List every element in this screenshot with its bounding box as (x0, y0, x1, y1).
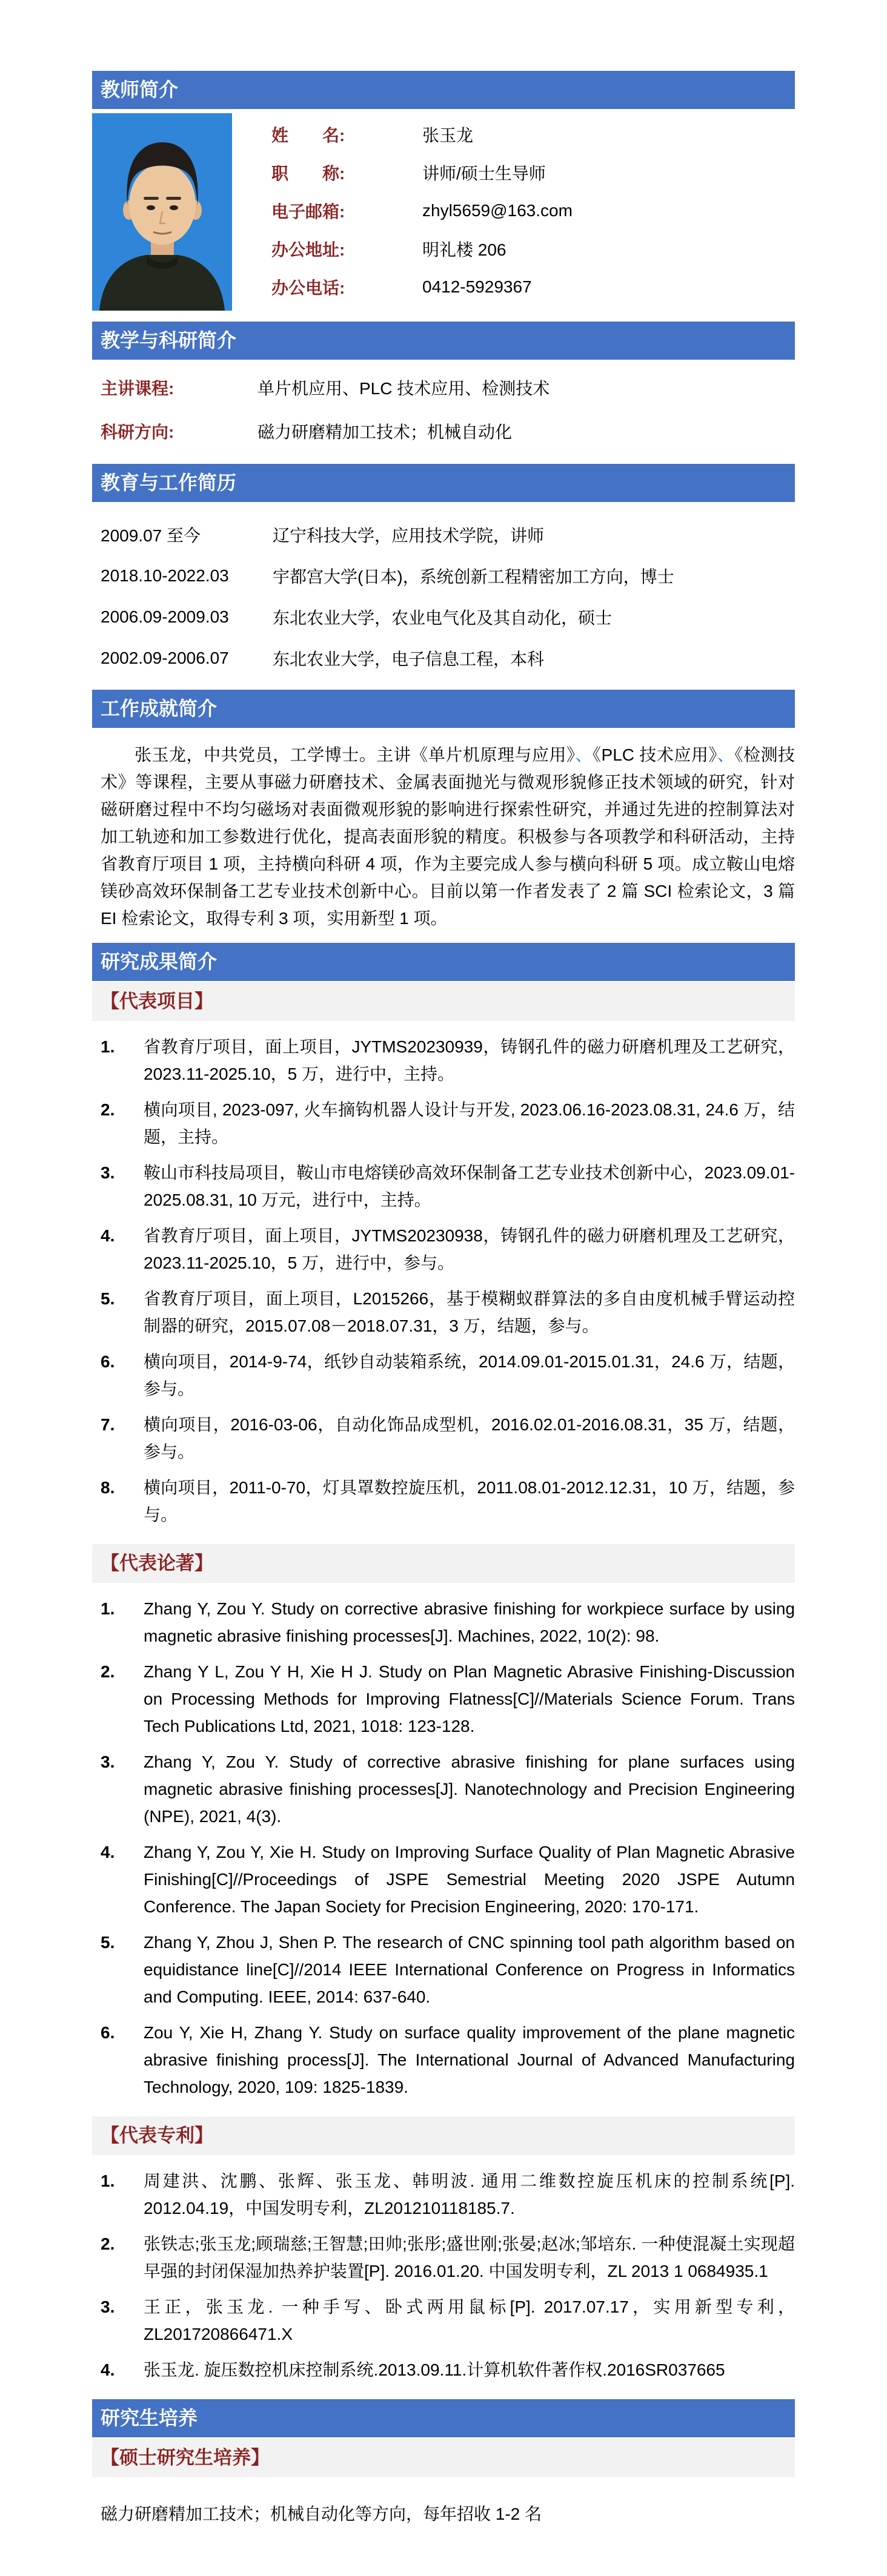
section-banner-teacher-profile: 教师简介 (92, 71, 795, 109)
teacher-photo (92, 113, 232, 311)
subheader-representative-patents: 【代表专利】 (92, 2116, 795, 2155)
project-item-number: 3. (101, 1159, 144, 1214)
publication-item: 5.Zhang Y, Zhou J, Shen P. The research … (92, 1929, 795, 2010)
publication-item: 4.Zhang Y, Zou Y, Xie H. Study on Improv… (92, 1838, 795, 1920)
subheader-representative-publications: 【代表论著】 (92, 1544, 795, 1583)
patent-item-text: 王正，张玉龙. 一种手写、卧式两用鼠标[P]. 2017.07.17，实用新型专… (144, 2293, 795, 2348)
project-item: 7.横向项目，2016-03-06，自动化饰品成型机，2016.02.01-20… (92, 1411, 795, 1465)
teaching-field-value: 磁力研磨精加工技术；机械自动化 (257, 419, 512, 443)
project-item: 8.横向项目，2011-0-70，灯具罩数控旋压机，2011.08.01-201… (92, 1474, 795, 1528)
section-banner-research-results: 研究成果简介 (92, 943, 795, 981)
projects-list: 1.省教育厅项目，面上项目，JYTMS20230939，铸钢孔件的磁力研磨机理及… (92, 1033, 795, 1528)
list-item: 《PLC 技术应用》 (593, 745, 717, 764)
publication-item-text: Zhang Y, Zou Y. Study on corrective abra… (144, 1595, 795, 1650)
publication-item-number: 2. (101, 1658, 144, 1740)
banner-title: 工作成就简介 (101, 698, 217, 719)
subheader-masters-training: 【硕士研究生培养】 (92, 2439, 795, 2477)
teaching-field: 主讲课程:单片机应用、PLC 技术应用、检测技术 (92, 366, 795, 409)
publication-item-number: 4. (101, 1838, 144, 1920)
profile-field: 职 称:讲师/硕士生导师 (271, 155, 795, 190)
teaching-rows: 主讲课程:单片机应用、PLC 技术应用、检测技术科研方向:磁力研磨精加工技术；机… (92, 366, 795, 453)
profile-section: 姓 名:张玉龙职 称:讲师/硕士生导师电子邮箱:zhyl5659@163.com… (92, 113, 795, 311)
project-item-number: 4. (101, 1222, 144, 1276)
profile-field: 姓 名:张玉龙 (271, 117, 795, 152)
profile-field-value: 明礼楼 206 (422, 237, 507, 261)
profile-field: 办公地址:明礼楼 206 (271, 231, 795, 266)
publication-item: 3.Zhang Y, Zou Y. Study of corrective ab… (92, 1748, 795, 1830)
banner-title: 教师简介 (101, 79, 178, 101)
publication-item-text: Zhang Y, Zou Y, Xie H. Study on Improvin… (144, 1838, 795, 1920)
project-item: 6.横向项目，2014-9-74，纸钞自动装箱系统，2014.09.01-201… (92, 1348, 795, 1402)
project-item-text: 省教育厅项目，面上项目，JYTMS20230939，铸钢孔件的磁力研磨机理及工艺… (144, 1033, 795, 1088)
education-rows: 2009.07 至今辽宁科技大学，应用技术学院，讲师2018.10-2022.0… (92, 514, 795, 679)
education-entry-value: 宇都宫大学(日本)，系统创新工程精密加工方向，博士 (273, 564, 674, 588)
education-entry: 2018.10-2022.03宇都宫大学(日本)，系统创新工程精密加工方向，博士 (92, 555, 795, 596)
publication-item: 2.Zhang Y L, Zou Y H, Xie H J. Study on … (92, 1658, 795, 1740)
project-item-text: 省教育厅项目，面上项目，JYTMS20230938，铸钢孔件的磁力研磨机理及工艺… (144, 1222, 795, 1276)
list-item: 、 (575, 745, 593, 764)
publication-item-number: 3. (101, 1748, 144, 1830)
profile-field-label: 姓 名: (271, 122, 362, 147)
patent-item-text: 张玉龙. 旋压数控机床控制系统.2013.09.11.计算机软件著作权.2016… (144, 2356, 795, 2383)
banner-title: 研究成果简介 (101, 951, 217, 973)
project-item: 5.省教育厅项目，面上项目，L2015266，基于模糊蚁群算法的多自由度机械手臂… (92, 1285, 795, 1339)
publication-item-text: Zou Y, Xie H, Zhang Y. Study on surface … (144, 2019, 795, 2101)
patent-item-text: 周建洪、沈鹏、张辉、张玉龙、韩明波. 通用二维数控旋压机床的控制系统[P]. 2… (144, 2167, 795, 2222)
teacher-profile-page: 教师简介 姓 名:张玉龙职 称:讲师/硕士生导师电子邮箱:zhyl5659 (92, 0, 795, 2576)
project-item-text: 横向项目, 2023-097, 火车摘钩机器人设计与开发, 2023.06.16… (144, 1096, 795, 1151)
patents-list: 1.周建洪、沈鹏、张辉、张玉龙、韩明波. 通用二维数控旋压机床的控制系统[P].… (92, 2167, 795, 2383)
graduate-recruiting-note: 磁力研磨精加工技术；机械自动化等方向，每年招收 1-2 名 (92, 2500, 795, 2528)
section-banner-achievements: 工作成就简介 (92, 690, 795, 728)
publication-item-number: 1. (101, 1595, 144, 1650)
publication-item-number: 5. (101, 1929, 144, 2010)
list-item: 张玉龙，中共党员，工学博士。主讲《单片机原理与应用》 (135, 745, 575, 764)
publication-item: 1.Zhang Y, Zou Y. Study on corrective ab… (92, 1595, 795, 1650)
section-banner-education-career: 教育与工作简历 (92, 464, 795, 502)
education-entry: 2006.09-2009.03东北农业大学，农业电气化及其自动化，硕士 (92, 596, 795, 638)
profile-field-value: 讲师/硕士生导师 (422, 160, 546, 185)
patent-item-number: 3. (101, 2293, 144, 2348)
banner-title: 研究生培养 (101, 2407, 198, 2429)
project-item: 1.省教育厅项目，面上项目，JYTMS20230939，铸钢孔件的磁力研磨机理及… (92, 1033, 795, 1088)
publication-item-text: Zhang Y L, Zou Y H, Xie H J. Study on Pl… (144, 1658, 795, 1740)
education-entry-label: 2018.10-2022.03 (101, 566, 273, 586)
project-item: 3.鞍山市科技局项目，鞍山市电熔镁砂高效环保制备工艺专业技术创新中心，2023.… (92, 1159, 795, 1214)
person-avatar-graphic (92, 113, 232, 311)
list-item: 、 (717, 745, 735, 764)
profile-field-value: 0412-5929367 (422, 277, 532, 297)
education-entry-value: 东北农业大学，电子信息工程，本科 (273, 646, 544, 670)
profile-field-value: zhyl5659@163.com (422, 201, 573, 220)
publication-item-text: Zhang Y, Zou Y. Study of corrective abra… (144, 1748, 795, 1830)
section-banner-teaching-research: 教学与科研简介 (92, 322, 795, 360)
patent-item: 1.周建洪、沈鹏、张辉、张玉龙、韩明波. 通用二维数控旋压机床的控制系统[P].… (92, 2167, 795, 2222)
teaching-field: 科研方向:磁力研磨精加工技术；机械自动化 (92, 409, 795, 453)
patent-item: 4.张玉龙. 旋压数控机床控制系统.2013.09.11.计算机软件著作权.20… (92, 2356, 795, 2383)
project-item-number: 2. (101, 1096, 144, 1151)
subheader-title: 【代表项目】 (101, 991, 213, 1012)
publication-item-number: 6. (101, 2019, 144, 2101)
project-item-text: 横向项目，2011-0-70，灯具罩数控旋压机，2011.08.01-2012.… (144, 1474, 795, 1528)
teaching-field-label: 科研方向: (101, 419, 257, 443)
profile-field-label: 办公电话: (271, 275, 362, 299)
patent-item: 2.张铁志;张玉龙;顾瑞慈;王智慧;田帅;张彤;盛世刚;张晏;赵冰;邹培东. 一… (92, 2230, 795, 2285)
education-entry-label: 2002.09-2006.07 (101, 649, 273, 668)
project-item-number: 8. (101, 1474, 144, 1528)
project-item-number: 5. (101, 1285, 144, 1339)
profile-field-value: 张玉龙 (422, 122, 473, 147)
education-entry-value: 东北农业大学，农业电气化及其自动化，硕士 (273, 605, 612, 629)
achievements-paragraph: 张玉龙，中共党员，工学博士。主讲《单片机原理与应用》、《PLC 技术应用》、《检… (92, 741, 795, 932)
teaching-field-label: 主讲课程: (101, 375, 257, 400)
education-entry-value: 辽宁科技大学，应用技术学院，讲师 (273, 523, 544, 547)
profile-field-label: 职 称: (271, 160, 362, 185)
profile-field: 电子邮箱:zhyl5659@163.com (271, 193, 795, 228)
publication-item: 6.Zou Y, Xie H, Zhang Y. Study on surfac… (92, 2019, 795, 2101)
patent-item-text: 张铁志;张玉龙;顾瑞慈;王智慧;田帅;张彤;盛世刚;张晏;赵冰;邹培东. 一种使… (144, 2230, 795, 2285)
project-item-text: 鞍山市科技局项目，鞍山市电熔镁砂高效环保制备工艺专业技术创新中心，2023.09… (144, 1159, 795, 1214)
subheader-title: 【代表论著】 (101, 1553, 213, 1574)
list-item: 《检测技术》等课程，主要从事磁力研磨技术、金属表面抛光与微观形貌修正技术领域的研… (101, 745, 795, 928)
teaching-field-value: 单片机应用、PLC 技术应用、检测技术 (257, 375, 550, 400)
profile-field-label: 电子邮箱: (271, 199, 362, 223)
project-item-number: 7. (101, 1411, 144, 1465)
profile-fields: 姓 名:张玉龙职 称:讲师/硕士生导师电子邮箱:zhyl5659@163.com… (271, 113, 795, 311)
publication-item-text: Zhang Y, Zhou J, Shen P. The research of… (144, 1929, 795, 2010)
education-entry: 2009.07 至今辽宁科技大学，应用技术学院，讲师 (92, 514, 795, 555)
banner-title: 教育与工作简历 (101, 472, 236, 494)
project-item-text: 横向项目，2014-9-74，纸钞自动装箱系统，2014.09.01-2015.… (144, 1348, 795, 1402)
education-entry-label: 2009.07 至今 (101, 523, 273, 547)
subheader-title: 【硕士研究生培养】 (101, 2447, 270, 2468)
patent-item: 3.王正，张玉龙. 一种手写、卧式两用鼠标[P]. 2017.07.17，实用新… (92, 2293, 795, 2348)
subheader-title: 【代表专利】 (101, 2125, 213, 2146)
education-entry-label: 2006.09-2009.03 (101, 607, 273, 627)
project-item: 4.省教育厅项目，面上项目，JYTMS20230938，铸钢孔件的磁力研磨机理及… (92, 1222, 795, 1276)
section-banner-graduate-training: 研究生培养 (92, 2399, 795, 2437)
patent-item-number: 1. (101, 2167, 144, 2222)
project-item-text: 横向项目，2016-03-06，自动化饰品成型机，2016.02.01-2016… (144, 1411, 795, 1465)
project-item: 2.横向项目, 2023-097, 火车摘钩机器人设计与开发, 2023.06.… (92, 1096, 795, 1151)
patent-item-number: 2. (101, 2230, 144, 2285)
project-item-number: 1. (101, 1033, 144, 1088)
publications-list: 1.Zhang Y, Zou Y. Study on corrective ab… (92, 1595, 795, 2101)
banner-title: 教学与科研简介 (101, 329, 236, 351)
education-entry: 2002.09-2006.07东北农业大学，电子信息工程，本科 (92, 638, 795, 679)
project-item-text: 省教育厅项目，面上项目，L2015266，基于模糊蚁群算法的多自由度机械手臂运动… (144, 1285, 795, 1339)
profile-field: 办公电话:0412-5929367 (271, 269, 795, 305)
subheader-representative-projects: 【代表项目】 (92, 982, 795, 1021)
patent-item-number: 4. (101, 2356, 144, 2383)
profile-field-label: 办公地址: (271, 237, 362, 261)
project-item-number: 6. (101, 1348, 144, 1402)
